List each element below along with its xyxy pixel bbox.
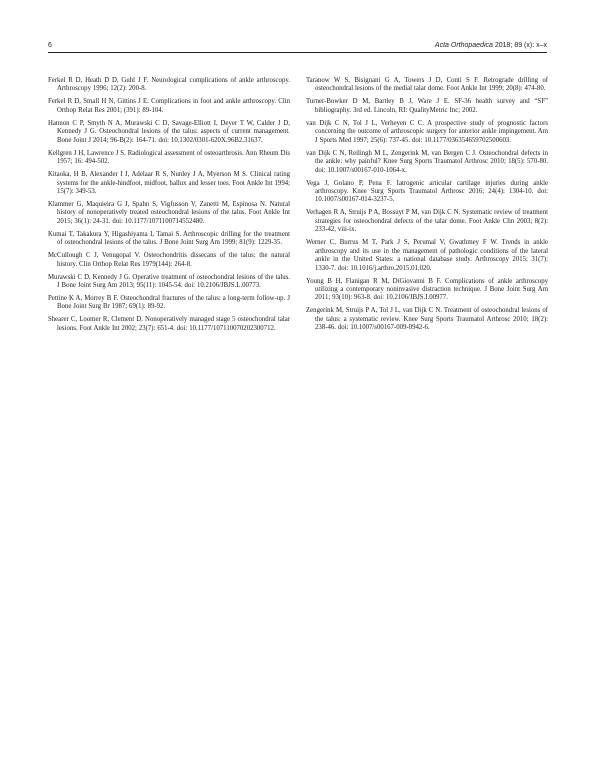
journal-issue-info: 2018; 89 (x): x–x [493, 42, 547, 49]
reference-item: Hannon C P, Smyth N A, Murawski C D, Sav… [48, 120, 290, 145]
reference-item: Shearer C, Loomer R, Clement D. Nonopera… [48, 316, 290, 333]
reference-item: Ferkel R D, Small H N, Gittins J E. Comp… [48, 98, 290, 115]
reference-column-right: Taranow W S, Bisignani G A, Towers J D, … [306, 77, 548, 338]
reference-item: Pettine K A, Morrey B F. Osteochondral f… [48, 295, 290, 312]
reference-item: Kitaoka, H B, Alexander I J, Adelaar R S… [48, 171, 290, 196]
reference-item: van Dijk C N, Reilingh M L, Zengerink M,… [306, 150, 548, 175]
reference-item: Klammer G, Maquieira G J, Spahn S, Vigfu… [48, 201, 290, 226]
reference-columns: Ferkel R D, Heath D D, Guhl J F. Neurolo… [48, 77, 548, 338]
reference-item: Taranow W S, Bisignani G A, Towers J D, … [306, 77, 548, 94]
reference-item: Werner C, Burrus M T, Park J S, Perumal … [306, 239, 548, 273]
reference-item: van Dijk C N, Tol J L, Verheyen C C. A p… [306, 120, 548, 145]
reference-column-left: Ferkel R D, Heath D D, Guhl J F. Neurolo… [48, 77, 290, 338]
journal-name: Acta Orthopaedica [435, 42, 493, 49]
reference-item: Kellgren J H, Lawrence J S. Radiological… [48, 150, 290, 167]
page-number: 6 [48, 42, 52, 49]
reference-item: Young B H, Flanigan R M, DiGiovanni B F.… [306, 278, 548, 303]
reference-item: Zengerink M, Struijs P A, Tol J L, van D… [306, 307, 548, 332]
reference-item: Kumai T, Takakura Y, Higashiyama I, Tama… [48, 231, 290, 248]
reference-item: Vega J, Golano P, Pena F. Iatrogenic art… [306, 180, 548, 205]
reference-item: Ferkel R D, Heath D D, Guhl J F. Neurolo… [48, 77, 290, 94]
journal-citation: Acta Orthopaedica 2018; 89 (x): x–x [435, 42, 547, 49]
reference-item: McCullough C J, Venugopal V. Osteochondr… [48, 252, 290, 269]
paper-page: 6 Acta Orthopaedica 2018; 89 (x): x–x Fe… [0, 0, 600, 781]
reference-item: Murawski C D, Kennedy J G. Operative tre… [48, 274, 290, 291]
reference-item: Verhagen R A, Struijs P A, Bossuyt P M, … [306, 209, 548, 234]
running-header: 6 Acta Orthopaedica 2018; 89 (x): x–x [48, 42, 547, 53]
reference-item: Turner-Bowker D M, Bartley B J, Ware J E… [306, 98, 548, 115]
